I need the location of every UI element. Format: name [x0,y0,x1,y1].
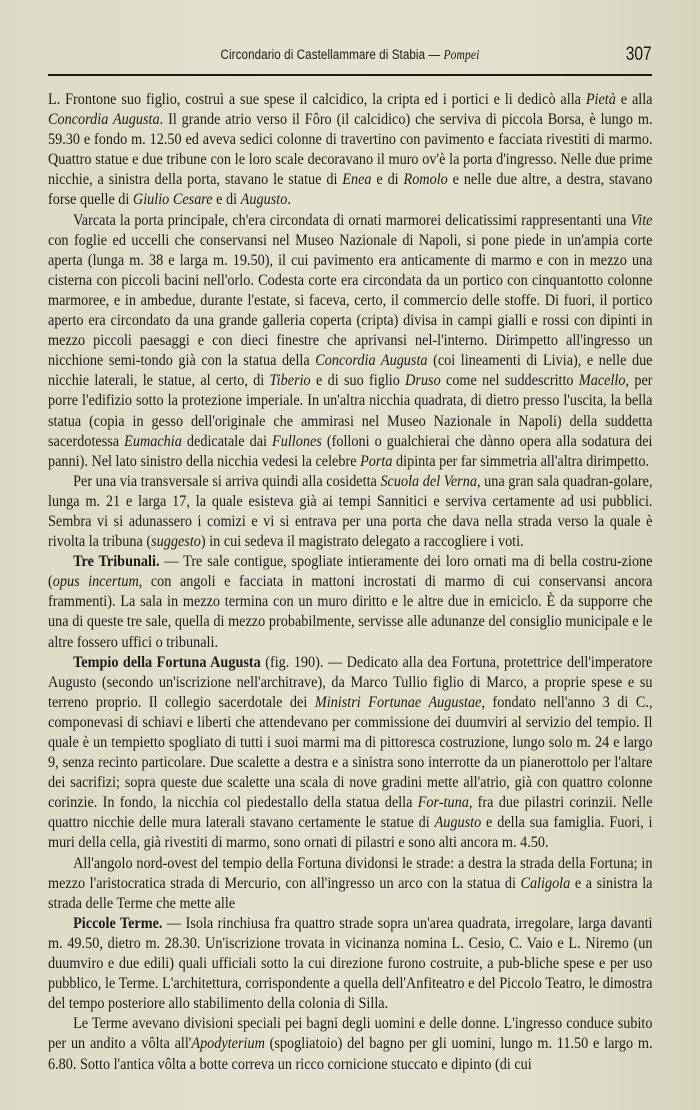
italic-term: Apodyterium [191,1035,264,1052]
italic-term: opus incertum [53,573,139,590]
running-head: Circondario di Castellammare di Stabia —… [48,44,652,66]
paragraph: Le Terme avevano divisioni speciali pei … [48,1014,653,1074]
italic-term: Concordia Augusta [48,111,160,128]
text-run: dedicatale dai [182,433,272,450]
italic-term: Caligola [520,875,570,892]
italic-term: Tiberio [270,372,311,389]
section-heading: Tre Tribunali. [73,553,159,570]
paragraph: L. Frontone suo figlio, costruì a sue sp… [48,90,653,211]
body-text: L. Frontone suo figlio, costruì a sue sp… [48,90,653,1075]
text-run: con foglie ed uccelli che conservansi ne… [48,232,653,370]
paragraph: Varcata la porta principale, ch'era circ… [48,211,653,472]
running-title-italic: Pompei [443,47,479,62]
text-run: , con angoli e facciata in mattoni incro… [48,573,653,650]
text-run: L. Frontone suo figlio, costruì a sue sp… [48,91,586,108]
text-run: e di [372,171,404,188]
italic-term: Scuola del Verna [380,473,477,490]
italic-term: Concordia Augusta [315,352,427,369]
text-run: Per una via transversale si arriva quind… [73,473,380,490]
italic-term: Druso [405,372,441,389]
italic-term: Pietà [586,91,616,108]
page-number: 307 [626,44,652,66]
italic-term: suggesto [151,533,201,550]
italic-term: Porta [360,453,392,470]
paragraph: Tre Tribunali. — Tre sale contigue, spog… [48,552,653,652]
italic-term: Giulio Cesare [133,191,213,208]
text-run: ) in cui sedeva il magistrato delegato a… [201,533,524,550]
paragraph: Tempio della Fortuna Augusta (fig. 190).… [48,653,653,854]
text-run: e di [213,191,241,208]
paragraph: All'angolo nord-ovest del tempio della F… [48,854,653,914]
italic-term: For-tuna [418,794,469,811]
running-title: Circondario di Castellammare di Stabia —… [90,47,609,63]
italic-term: Vite [631,212,653,229]
italic-term: Enea [342,171,371,188]
italic-term: Augusto [241,191,288,208]
italic-term: Ministri Fortunae Augustae [315,694,482,711]
italic-term: Fullones [272,433,322,450]
text-run: e di suo figlio [311,372,405,389]
text-run: . [287,191,291,208]
text-run: come nel suddescritto [441,372,579,389]
italic-term: Augusto [435,814,482,831]
section-heading: Tempio della Fortuna Augusta [73,654,261,671]
section-heading: Piccole Terme. [73,915,162,932]
header-rule [48,74,652,76]
running-title-main: Circondario di Castellammare di Stabia — [221,47,444,62]
paragraph: Per una via transversale si arriva quind… [48,472,653,552]
text-run: Varcata la porta principale, ch'era circ… [73,212,631,229]
text-run: e alla [616,91,653,108]
italic-term: Eumachia [124,433,182,450]
paragraph: Piccole Terme. — Isola rinchiusa fra qua… [48,914,653,1014]
text-run: dipinta per far simmetria all'altra diri… [392,453,649,470]
italic-term: Macello [579,372,626,389]
italic-term: Romolo [404,171,448,188]
